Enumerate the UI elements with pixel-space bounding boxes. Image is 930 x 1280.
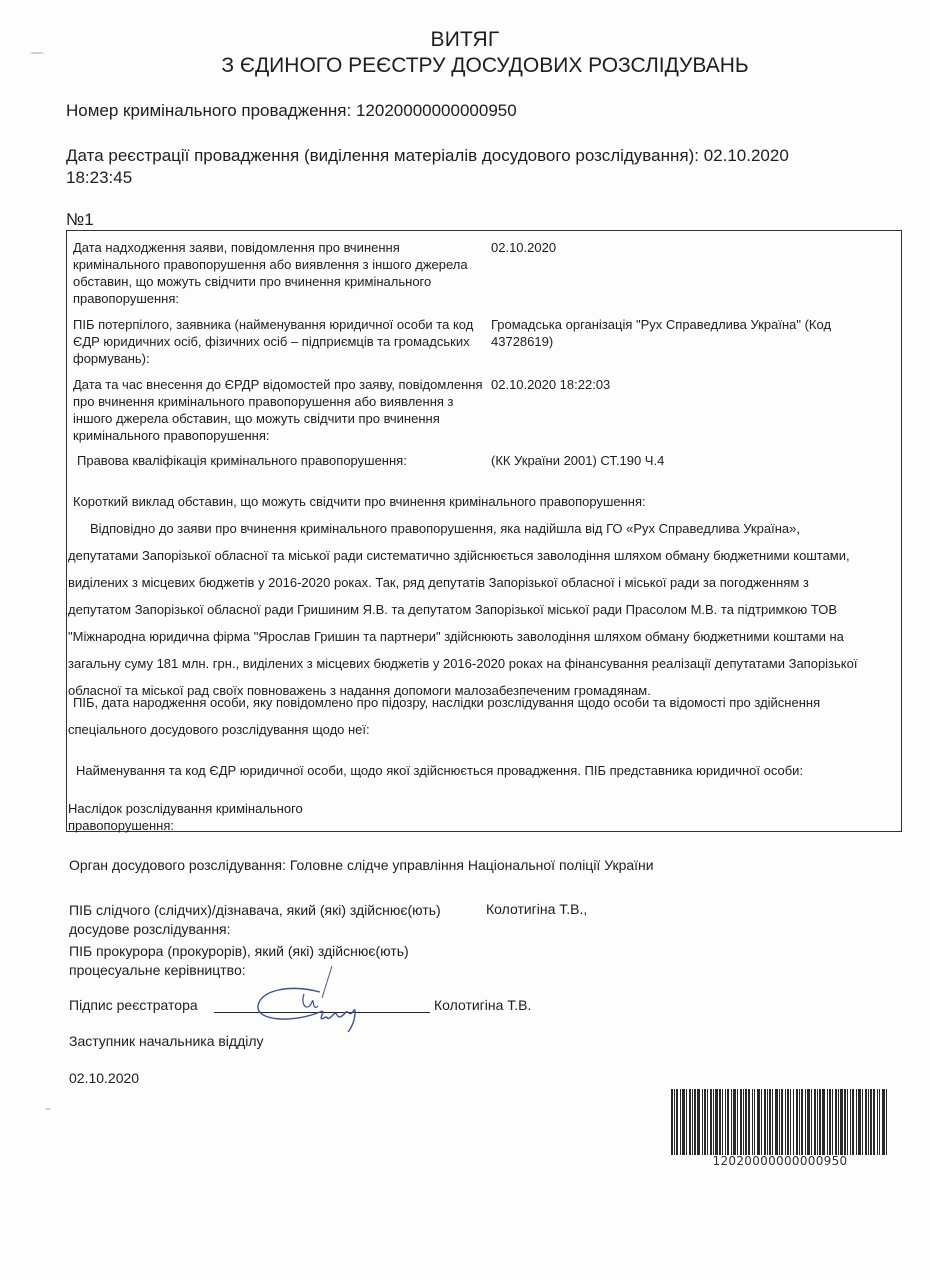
scan-artifact <box>30 52 44 54</box>
summary-line: виділених з місцевих бюджетів у 2016-202… <box>68 569 898 596</box>
summary-text: Відповідно до заяви про вчинення криміна… <box>68 515 898 704</box>
document-title: ВИТЯГ <box>0 28 930 52</box>
registration-date: Дата реєстрації провадження (виділення м… <box>66 145 866 189</box>
row-label-entry-datetime: Дата та час внесення до ЄРДР відомостей … <box>73 376 485 444</box>
registration-date-label: Дата реєстрації провадження (виділення м… <box>66 146 699 165</box>
legal-entity-label: Найменування та код ЄДР юридичної особи,… <box>76 762 896 779</box>
scan-artifact <box>45 1108 51 1110</box>
barcode-number: 12020000000000950 <box>671 1154 889 1168</box>
row-label-receipt-date: Дата надходження заяви, повідомлення про… <box>73 239 483 307</box>
investigator-label-line: ПІБ слідчого (слідчих)/дізнавача, який (… <box>69 901 441 920</box>
summary-label: Короткий виклад обставин, що можуть свід… <box>73 493 893 510</box>
row-value-receipt-date: 02.10.2020 <box>491 239 891 256</box>
prosecutor-label-line: ПІБ прокурора (прокурорів), який (які) з… <box>69 942 409 961</box>
investigation-result-label-line: Наслідок розслідування кримінального <box>68 800 368 817</box>
document-date: 02.10.2020 <box>69 1070 139 1086</box>
register-entry-table: Дата надходження заяви, повідомлення про… <box>66 230 902 832</box>
investigator-label-line: досудове розслідування: <box>69 920 441 939</box>
summary-line: депутатом Запорізької обласної ради Гриш… <box>68 596 898 623</box>
investigation-body-value: Головне слідче управління Національної п… <box>290 857 654 873</box>
signature-label: Підпис реєстратора <box>69 997 198 1013</box>
row-value-legal-qualification: (КК України 2001) СТ.190 Ч.4 <box>491 452 891 469</box>
signature-icon <box>250 962 370 1040</box>
row-label-legal-qualification: Правова кваліфікація кримінального право… <box>77 452 487 469</box>
entry-number: №1 <box>66 210 94 230</box>
case-number: Номер кримінального провадження: 1202000… <box>66 101 517 121</box>
case-number-value: 12020000000000950 <box>356 101 517 120</box>
case-number-label: Номер кримінального провадження: <box>66 101 351 120</box>
signature-name: Колотигіна Т.В. <box>434 997 531 1013</box>
investigator-value: Колотигіна Т.В., <box>486 901 587 917</box>
investigation-body: Орган досудового розслідування: Головне … <box>69 857 654 873</box>
summary-line: Відповідно до заяви про вчинення криміна… <box>68 515 898 542</box>
document-subtitle: З ЄДИНОГО РЕЄСТРУ ДОСУДОВИХ РОЗСЛІДУВАНЬ <box>0 54 930 78</box>
investigation-result-label-line: правопорушення: <box>68 817 368 834</box>
suspect-section: ПІБ, дата народження особи, яку повідомл… <box>68 689 898 743</box>
position-title: Заступник начальника відділу <box>69 1033 264 1049</box>
suspect-label-line: спеціального досудового розслідування що… <box>68 716 898 743</box>
barcode <box>671 1089 889 1155</box>
summary-line: депутатами Запорізької обласної та міськ… <box>68 542 898 569</box>
investigation-result-label: Наслідок розслідування кримінального пра… <box>68 800 368 834</box>
row-value-entry-datetime: 02.10.2020 18:22:03 <box>491 376 891 393</box>
summary-line: "Міжнародна юридична фірма "Ярослав Гриш… <box>68 623 898 650</box>
investigation-body-label: Орган досудового розслідування: <box>69 857 286 873</box>
row-label-applicant: ПІБ потерпілого, заявника (найменування … <box>73 316 483 367</box>
registration-time-value: 18:23:45 <box>66 168 132 187</box>
summary-line: загальну суму 181 млн. грн., виділених з… <box>68 650 898 677</box>
row-value-applicant: Громадська організація "Рух Справедлива … <box>491 316 891 350</box>
registration-date-value: 02.10.2020 <box>704 146 789 165</box>
suspect-label-line: ПІБ, дата народження особи, яку повідомл… <box>68 689 898 716</box>
investigator: ПІБ слідчого (слідчих)/дізнавача, який (… <box>69 901 441 939</box>
